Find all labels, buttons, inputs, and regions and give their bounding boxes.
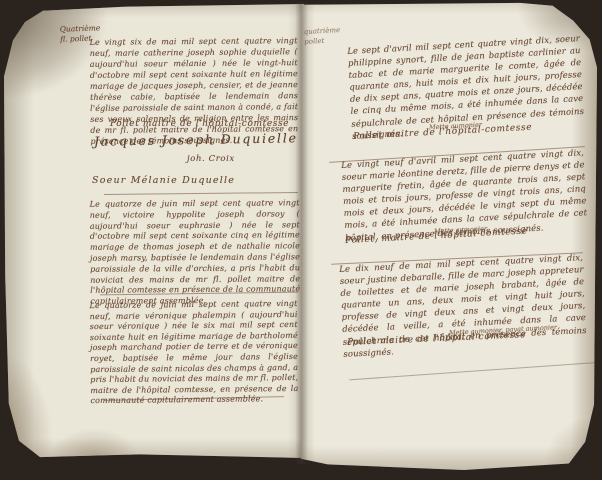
heading-soeur-melanie: Soeur Mélanie Duquelle: [92, 175, 235, 186]
left-page: Quatrième fl. pollet Le vingt six de mai…: [4, 4, 304, 458]
signature-jacques-duquielle: Jacques Joseph Duquielle: [94, 130, 298, 149]
left-attestation-1: Pollet maitre de l'hôpital-comtesse: [110, 119, 289, 129]
manuscript-scan: Quatrième fl. pollet Le vingt six de mai…: [0, 0, 602, 480]
left-entry-3: Le quatorze de juin mil sept cent quatre…: [89, 299, 298, 407]
separator-line: [349, 361, 602, 381]
right-page: quatrième pollet Le sept d'avril mil sep…: [301, 2, 597, 470]
right-margin-note: quatrième pollet: [304, 25, 341, 47]
page-gutter: [295, 2, 308, 464]
signature-joh-croix: joh. Croix: [187, 154, 235, 164]
separator-line: [104, 192, 298, 195]
right-margin-note-line2: pollet: [304, 35, 341, 47]
